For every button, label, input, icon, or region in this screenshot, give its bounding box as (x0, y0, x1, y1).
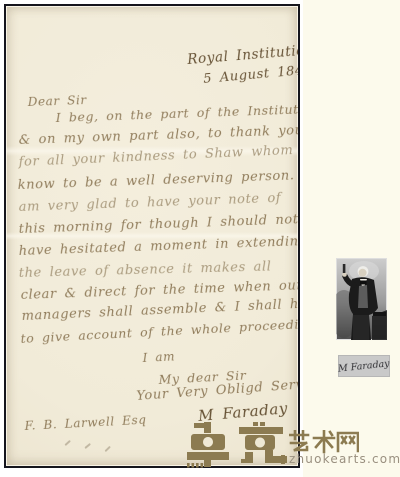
ivory-background-panel (303, 0, 400, 477)
zhuoke-site-url: zhuokearts.com (281, 452, 400, 466)
letter-date-line: 5 August 1845 (203, 62, 300, 87)
closing-line: I am (142, 349, 175, 365)
logo-foot-mark (281, 455, 285, 464)
faraday-portrait-photo (336, 258, 387, 340)
scanned-letter-page: Royal Institution 5 August 1845 Dear Sir… (0, 0, 400, 477)
letter-addressee: F. B. Larwell Esq (24, 413, 147, 433)
handwriting-line: am very glad to have your note of (18, 191, 281, 215)
signature-plate-text: M Faraday (338, 358, 391, 374)
zhuoke-site-label (289, 430, 359, 454)
handwriting-line: I beg, on the part of the Institution (55, 101, 300, 125)
signature-plate: M Faraday (338, 355, 390, 377)
handwriting-line: the leave of absence it makes all (19, 259, 272, 281)
letter-scan-frame: Royal Institution 5 August 1845 Dear Sir… (4, 4, 300, 468)
site-url-text: zhuokearts.com (289, 452, 400, 466)
zhuoke-logo (187, 422, 287, 468)
handwriting-line: know to be a well deserving person. I (17, 168, 300, 193)
letter-salutation: Dear Sir (28, 93, 87, 109)
